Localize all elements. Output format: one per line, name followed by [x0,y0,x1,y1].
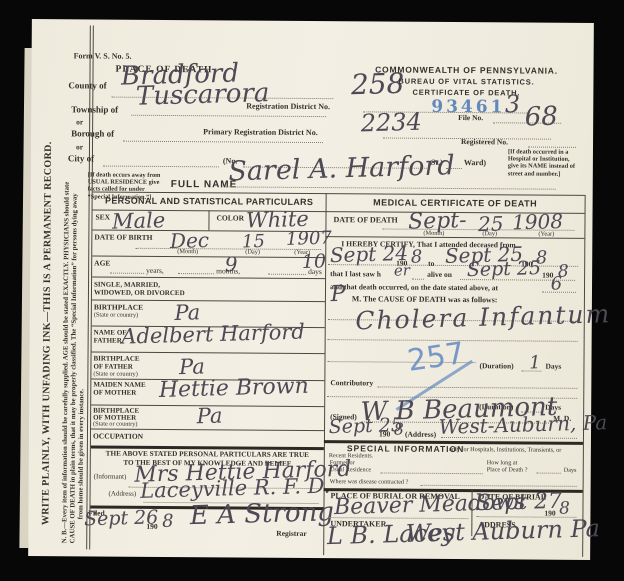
age-days-line [268,274,306,275]
occupation-label: OCCUPATION [93,432,143,440]
marital-label-line2: WIDOWED, OR DIVORCED [94,289,185,297]
last-saw-her-value: er [394,263,410,278]
or-word-2: or [76,143,83,151]
disease-contracted-label: Where was disease contracted ? [330,479,409,486]
duration-value: 1 [529,354,541,372]
certificate-title: CERTIFICATE OF DEATH. [351,88,581,97]
full-name-value: Sarel A. Harford [228,152,455,185]
alive-on-value: Sept 25 [467,259,542,280]
borough-label: Borough of [71,129,114,138]
dob-day-caption: (Day) [245,250,260,256]
former-residence-label-line2: Usual Residence [330,467,371,473]
hospital-note: [If death occurred in a Hospital or Inst… [508,148,582,177]
birthplace-label: BIRTHPLACE [94,303,143,311]
former-residence-line [381,472,483,474]
age-months-line [178,273,214,274]
father-row-rule [92,351,325,354]
mother-bp-caption: (State or country) [93,421,137,428]
attended-from-year-value: 8 [411,248,423,266]
signed-date-value: Sept 25 [328,416,403,437]
mother-bp-row-rule [91,428,324,431]
right-border [582,195,586,557]
undertaker-address-value: West Auburn Pa [406,516,601,545]
dob-label: DATE OF BIRTH [94,233,152,241]
certificate-paper: WRITE PLAINLY, WITH UNFADING INK—THIS IS… [28,19,594,560]
contributory-label: Contributory [330,379,373,387]
primary-registration-label: Primary Registration District No. [203,128,318,137]
death-hour-value: 6 [550,275,562,293]
city-label: City of [68,154,94,163]
mother-name-value: Hettie Brown [159,376,309,402]
death-occurred-text: and that death occurred, on the date sta… [330,283,498,292]
file-no-value: 3 [505,92,521,116]
age-row-rule [92,276,325,279]
mother-label-line2: OF MOTHER [93,389,136,396]
medical-section-title: MEDICAL CERTIFICATE OF DEATH [326,198,585,209]
commonwealth-title: COMMONWEALTH OF PENNSYLVANIA. [352,65,582,75]
registrar-signature: E A Strong [190,499,335,529]
contributory-line [377,386,577,388]
township-label: Township of [71,105,118,114]
primary-registration-value: 2234 [360,110,422,136]
or-word-1: or [76,118,83,126]
dob-row-rule [92,255,325,258]
form-number: Form V. S. No. 5. [74,52,132,60]
color-label: COLOR [216,214,244,222]
filed-year-printed: 190 [146,523,157,531]
father-bp-caption: (State or country) [93,371,137,378]
bureau-title: BUREAU OF VITAL STATISTICS. [351,77,581,86]
registered-no-label: Registered No. [461,138,508,146]
age-months-word: months, [216,267,240,275]
dob-month-caption: (Month) [177,249,198,255]
meridiem-value: P [330,284,345,306]
signed-year-printed: 190 [379,430,390,438]
signed-year-value: 8 [394,421,405,437]
margin-warning-text: WRITE PLAINLY, WITH UNFADING INK—THIS IS… [41,141,54,525]
how-long-label-line2: Place of Death ? [487,467,528,473]
file-no-label: File No. [458,114,483,122]
margin-nb-line3: from home should be given in every insta… [78,389,86,520]
filed-year-value: 8 [162,513,174,531]
registrar-label: Registrar [276,530,306,538]
age-years-word: years, [146,267,164,275]
informant-label: (Informant) [94,473,127,480]
birthplace-caption: (State or country) [94,312,138,319]
duration-caption: (Duration) [479,362,513,370]
age-days-word: days [308,268,322,276]
personal-section-title: PERSONAL AND STATISTICAL PARTICULARS [93,196,326,207]
birthplace-value: Pa [174,302,200,324]
father-bp-value: Pa [179,356,205,378]
registered-no-value: 68 [524,104,558,131]
disease-contracted-line [421,485,577,487]
last-saw-text: that I last saw h [330,270,381,278]
signed-address-caption: (Address) [405,431,436,439]
father-name-value: Adelbert Harford [121,322,305,348]
city-line [103,166,219,168]
registration-district-label: Registration District No. [246,103,330,112]
scanned-death-certificate: { "colors": { "paper": "#f0ecdf", "ink":… [0,0,624,581]
how-long-line [537,473,561,474]
last-saw-gap-line [412,279,424,280]
father-label-line2: FATHER [94,337,122,344]
cause-of-death-value: Cholera Infantum [355,301,612,333]
age-label: AGE [94,259,110,267]
duration-days-word: Days [545,363,561,371]
date-of-death-label: DATE OF DEATH [333,216,397,224]
alive-on-label: alive on [427,271,452,279]
borough-line [123,141,323,143]
sex-label: SEX [95,213,110,221]
county-label: County of [68,81,106,90]
township-line [131,115,326,117]
full-name-label: FULL NAME [171,180,238,190]
how-long-days-word: Days [564,468,577,474]
age-years-line [110,273,144,274]
dob-year-value: 1907 [286,230,332,249]
mother-bp-value: Pa [196,405,222,427]
special-note-line1: only for Hospitals, Institutions, Transi… [449,447,561,454]
full-name-line [226,186,556,189]
dod-year-value: 1908 [512,211,563,232]
ward-label: Ward) [464,159,486,167]
cause-code-stamp: 257 [405,336,467,379]
signed-address-value: West-Auburn, Pa [438,412,607,437]
attended-to-word: to [428,260,434,268]
informant-address-label: (Address) [109,491,137,498]
marital-row-rule [92,299,325,302]
